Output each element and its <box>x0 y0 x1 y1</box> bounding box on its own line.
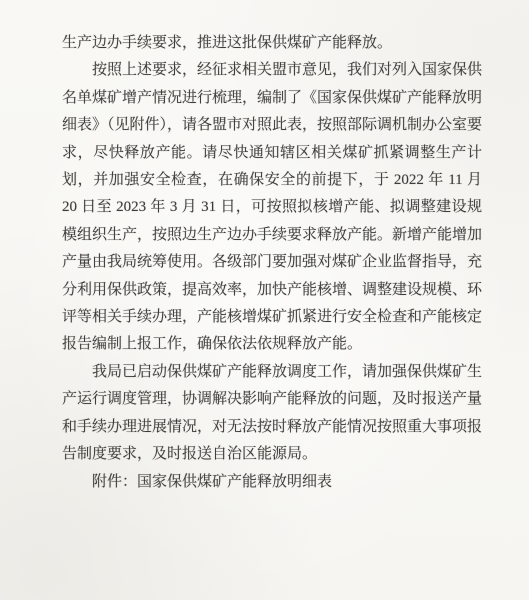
attachment-line: 附件：国家保供煤矿产能释放明细表 <box>62 469 482 496</box>
document-body: 生产边办手续要求，推进这批保供煤矿产能释放。 按照上述要求，经征求相关盟市意见，… <box>62 30 482 496</box>
paragraph-dispatch-management: 我局已启动保供煤矿产能释放调度工作，请加强保供煤矿生产运行调度管理，协调解决影响… <box>62 359 482 469</box>
document-page: 生产边办手续要求，推进这批保供煤矿产能释放。 按照上述要求，经征求相关盟市意见，… <box>0 0 529 600</box>
paragraph-continuation: 生产边办手续要求，推进这批保供煤矿产能释放。 <box>62 30 482 57</box>
paragraph-capacity-release-instructions: 按照上述要求，经征求相关盟市意见，我们对列入国家保供名单煤矿增产情况进行梳理，编… <box>62 57 482 358</box>
